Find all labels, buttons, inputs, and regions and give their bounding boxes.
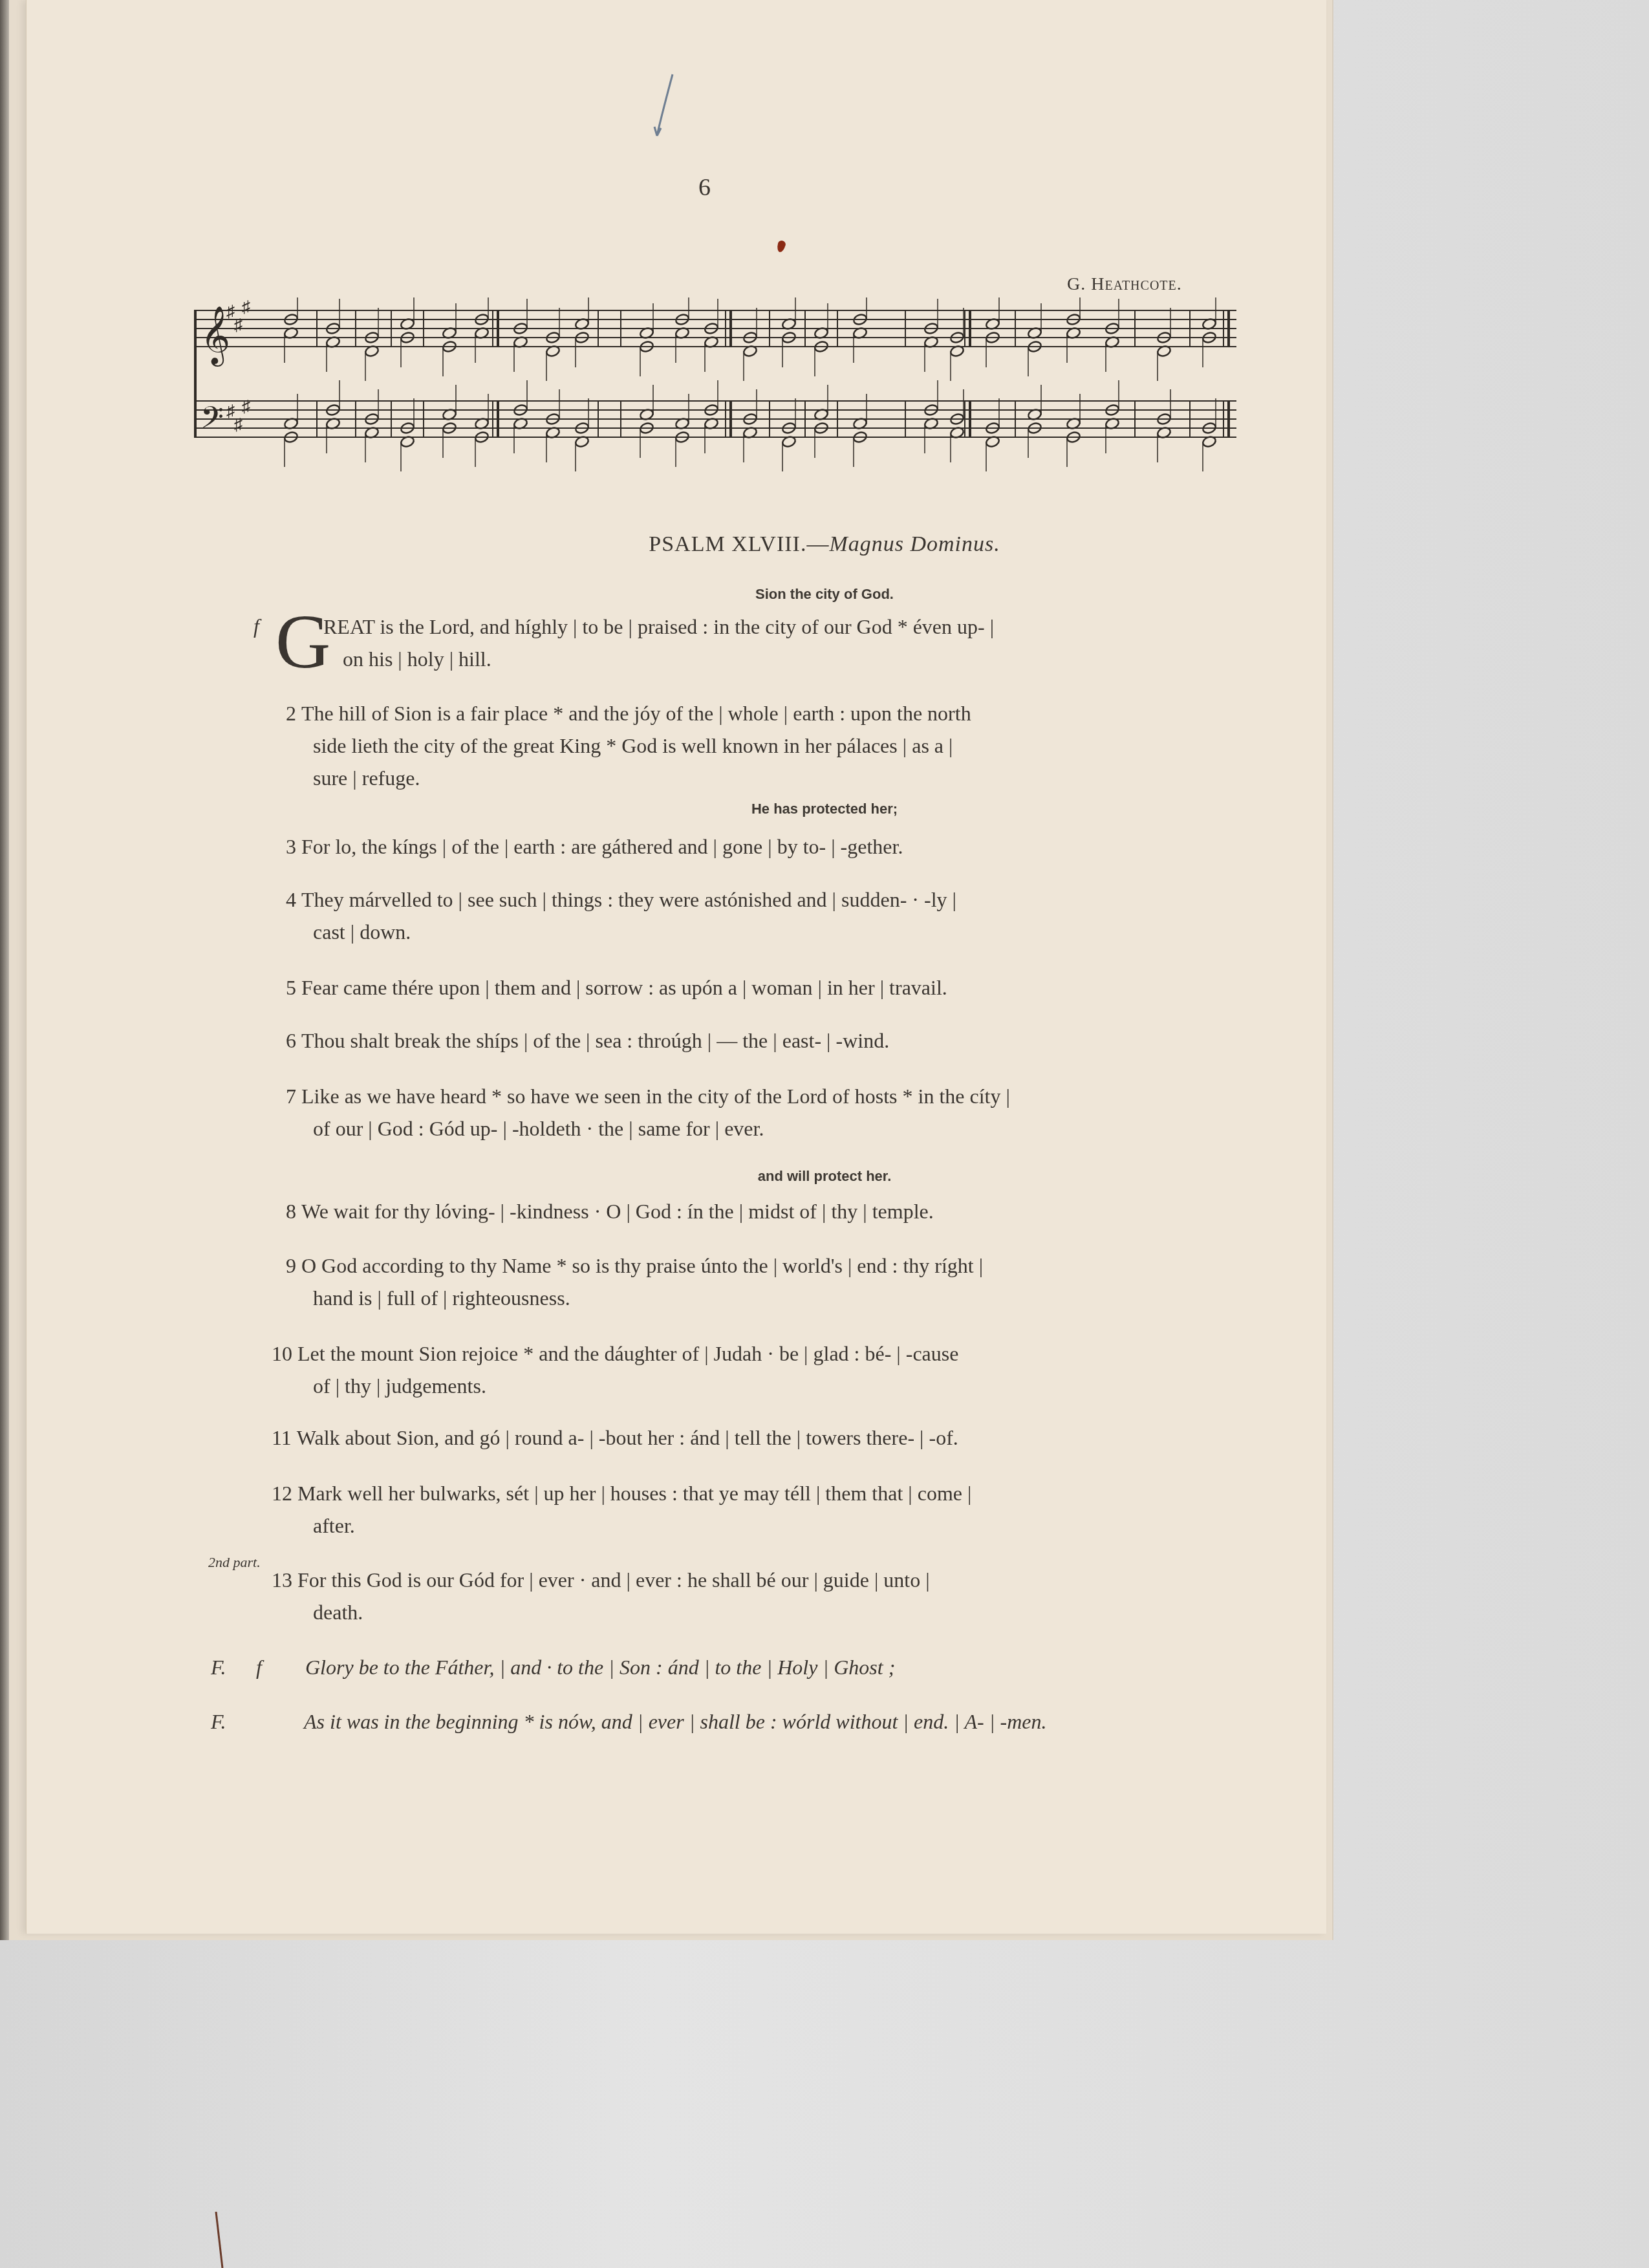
svg-text:♯: ♯ bbox=[234, 415, 242, 434]
drop-cap: G bbox=[275, 613, 330, 671]
pencil-tick-mark bbox=[653, 71, 679, 142]
section-heading: and will protect her. bbox=[0, 1168, 1649, 1185]
svg-text:♯: ♯ bbox=[242, 297, 250, 316]
verse-4: 4They márvelled to | see such | things :… bbox=[279, 883, 956, 948]
verse-7: 7Like as we have heard * so have we seen… bbox=[279, 1080, 1010, 1145]
dynamic-marking: f bbox=[253, 614, 259, 638]
verse-13: 13For this God is our Gód for | ever · a… bbox=[272, 1564, 930, 1628]
verse-line: REAT is the Lord, and híghly | to be | p… bbox=[323, 615, 994, 638]
verse-5: 5Fear came thére upon | them and | sorro… bbox=[279, 971, 947, 1004]
gloria-line-2: As it was in the beginning * is nów, and… bbox=[304, 1710, 1047, 1734]
verse-line: on his | holy | hill. bbox=[323, 643, 994, 675]
psalm-title: PSALM XLVIII.—Magnus Dominus. bbox=[0, 532, 1649, 557]
verse-6: 6Thou shalt break the shíps | of the | s… bbox=[279, 1024, 889, 1057]
svg-text:♯: ♯ bbox=[242, 397, 250, 416]
section-heading: Sion the city of God. bbox=[0, 586, 1649, 603]
psalm-latin-title: Magnus Dominus. bbox=[829, 532, 1000, 556]
verse-9: 9O God according to thy Name * so is thy… bbox=[279, 1249, 983, 1314]
pencil-stroke bbox=[213, 2212, 239, 2268]
svg-text:♯: ♯ bbox=[234, 316, 242, 334]
verse-10: 10Let the mount Sion rejoice * and the d… bbox=[272, 1337, 958, 1402]
verse-11: 11Walk about Sion, and gó | round a- | -… bbox=[272, 1421, 958, 1454]
music-score: 𝄞𝄢♯♯♯♯♯♯ bbox=[194, 297, 1238, 479]
verse-8: 8We wait for thy lóving- | -kindness · O… bbox=[279, 1195, 934, 1227]
psalm-number: PSALM XLVIII.— bbox=[649, 532, 829, 556]
composer-credit: G. Heathcote. bbox=[1067, 274, 1182, 295]
gloria-line-1: Glory be to the Fáther, | and · to the |… bbox=[305, 1656, 895, 1679]
verse-12: 12Mark well her bulwarks, sét | up her |… bbox=[272, 1477, 971, 1542]
full-choir-mark: F. bbox=[211, 1710, 226, 1734]
section-heading: He has protected her; bbox=[0, 801, 1649, 817]
page-number: 6 bbox=[698, 173, 711, 202]
svg-text:𝄢: 𝄢 bbox=[200, 400, 224, 442]
verse-3: 3For lo, the kíngs | of the | earth : ar… bbox=[279, 830, 903, 863]
verse-2: 2The hill of Sion is a fair place * and … bbox=[279, 697, 971, 794]
dynamic-marking: f bbox=[256, 1656, 262, 1679]
verse-1: REAT is the Lord, and híghly | to be | p… bbox=[323, 610, 994, 675]
part-label: 2nd part. bbox=[208, 1554, 261, 1571]
full-choir-mark: F. bbox=[211, 1656, 226, 1679]
